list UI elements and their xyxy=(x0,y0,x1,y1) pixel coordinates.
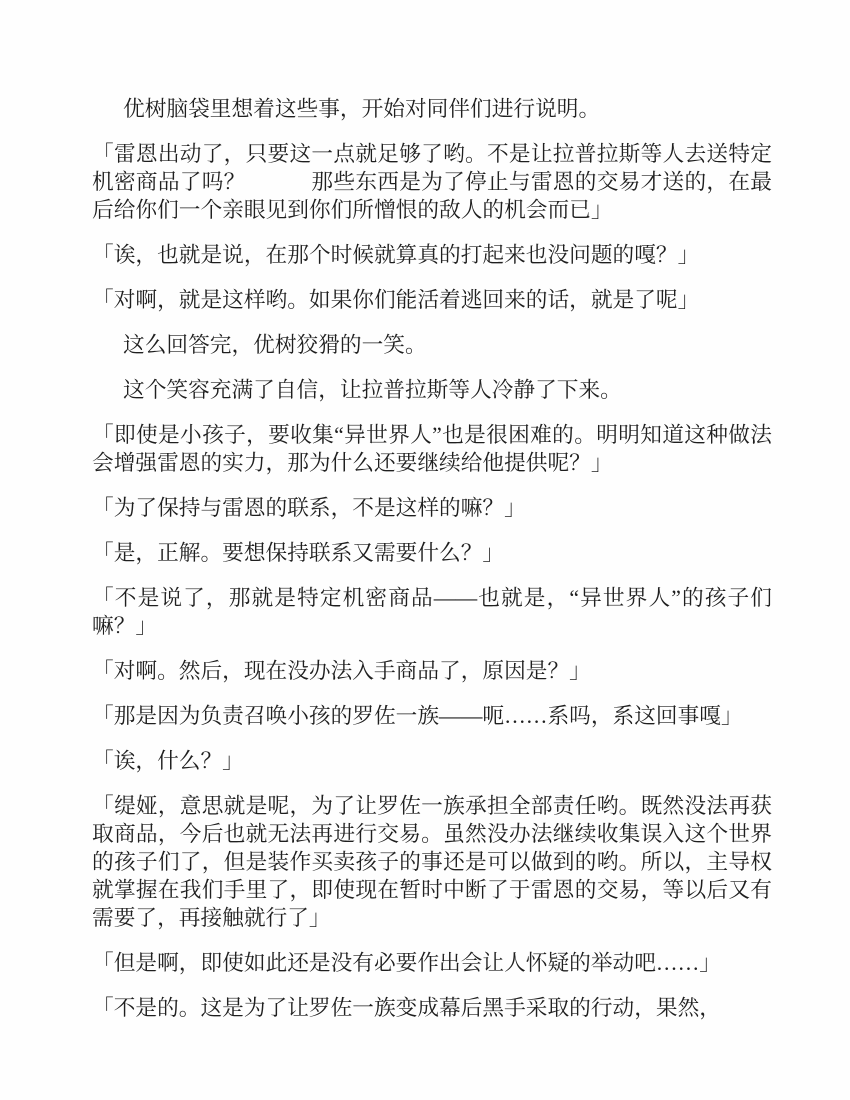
dialogue-paragraph: 「雷恩出动了，只要这一点就足够了哟。不是让拉普拉斯等人去送特定机密商品了吗？ 那… xyxy=(92,140,772,224)
dialogue-paragraph: 「是，正解。要想保持联系又需要什么？」 xyxy=(92,539,772,567)
page-content: 优树脑袋里想着这些事，开始对同伴们进行说明。 「雷恩出动了，只要这一点就足够了哟… xyxy=(92,95,772,1022)
novel-page: 优树脑袋里想着这些事，开始对同伴们进行说明。 「雷恩出动了，只要这一点就足够了哟… xyxy=(0,0,850,1100)
narration-paragraph: 这么回答完，优树狡猾的一笑。 xyxy=(92,331,772,359)
dialogue-paragraph: 「诶，什么？」 xyxy=(92,747,772,775)
dialogue-paragraph: 「不是的。这是为了让罗佐一族变成幕后黑手采取的行动，果然， xyxy=(92,994,772,1022)
dialogue-paragraph: 「对啊。然后，现在没办法入手商品了，原因是？」 xyxy=(92,657,772,685)
dialogue-paragraph: 「即使是小孩子，要收集“异世界人”也是很困难的。明明知道这种做法会增强雷恩的实力… xyxy=(92,421,772,477)
dialogue-paragraph: 「不是说了，那就是特定机密商品——也就是，“异世界人”的孩子们嘛？」 xyxy=(92,584,772,640)
narration-paragraph: 这个笑容充满了自信，让拉普拉斯等人冷静了下来。 xyxy=(92,376,772,404)
dialogue-paragraph: 「那是因为负责召唤小孩的罗佐一族——呃……系吗，系这回事嘎」 xyxy=(92,702,772,730)
dialogue-paragraph: 「诶，也就是说，在那个时候就算真的打起来也没问题的嘎？」 xyxy=(92,241,772,269)
narration-paragraph: 优树脑袋里想着这些事，开始对同伴们进行说明。 xyxy=(92,95,772,123)
dialogue-paragraph: 「缇娅，意思就是呢，为了让罗佐一族承担全部责任哟。既然没法再获取商品，今后也就无… xyxy=(92,792,772,932)
dialogue-paragraph: 「为了保持与雷恩的联系，不是这样的嘛？」 xyxy=(92,494,772,522)
dialogue-paragraph: 「但是啊，即使如此还是没有必要作出会让人怀疑的举动吧……」 xyxy=(92,949,772,977)
dialogue-paragraph: 「对啊，就是这样哟。如果你们能活着逃回来的话，就是了呢」 xyxy=(92,286,772,314)
